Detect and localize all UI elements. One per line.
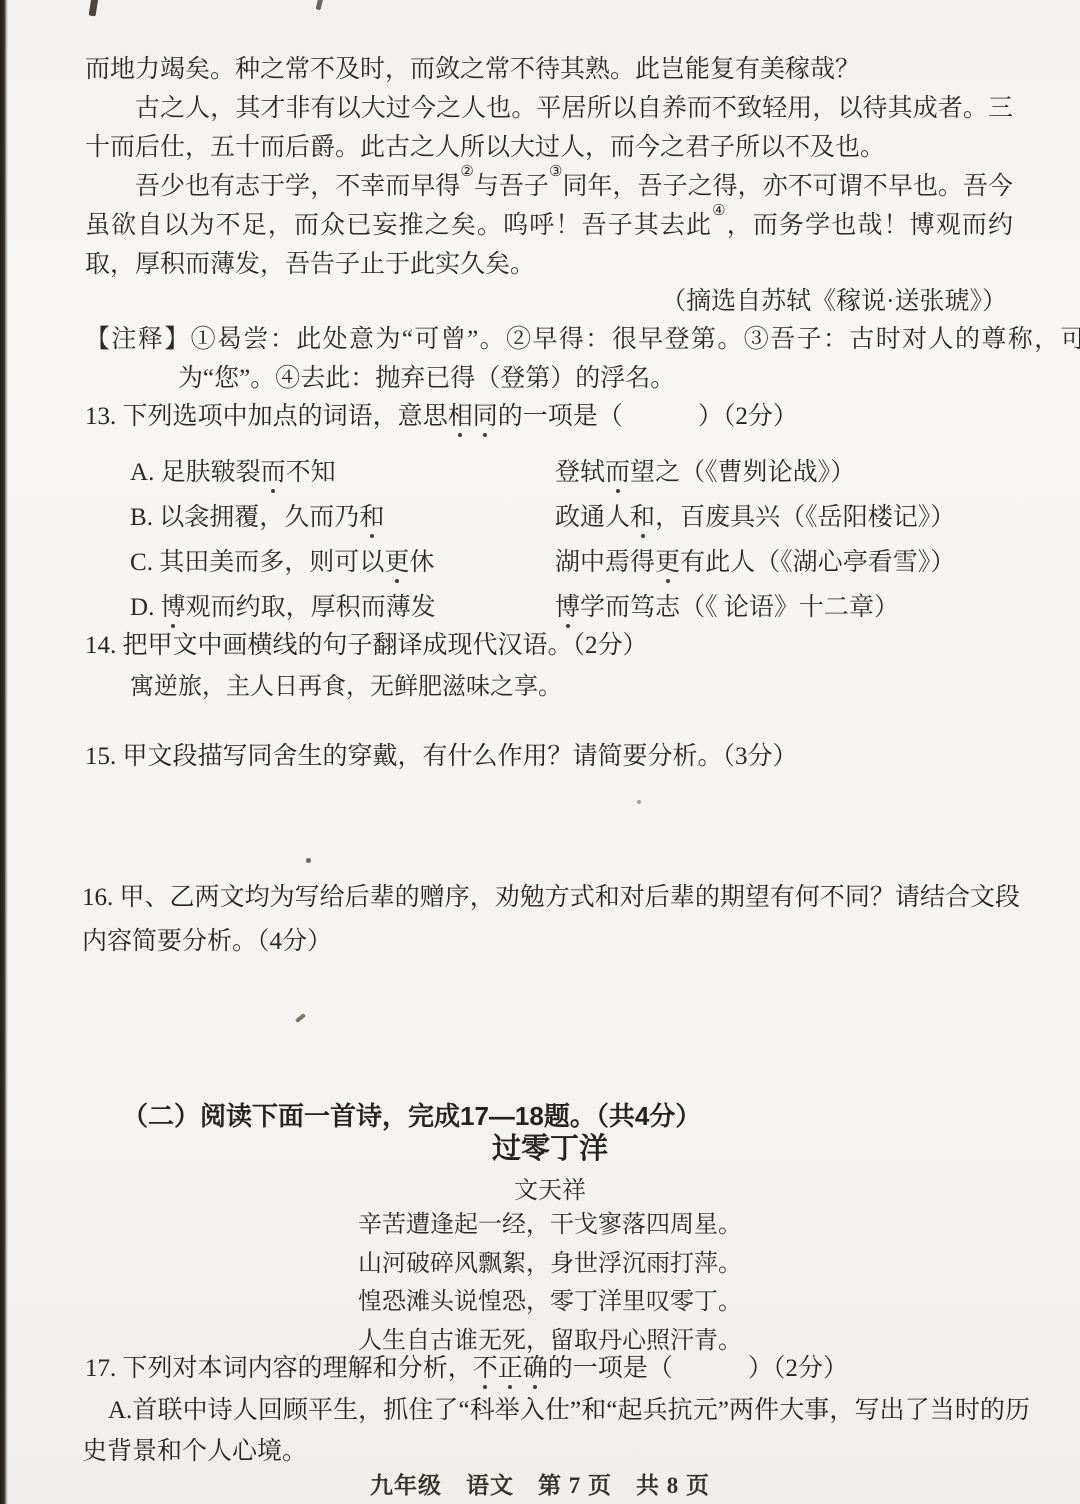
classical-passage: 而地力竭矣。种之常不及时，而敛之常不待其熟。此岂能复有美稼哉？ 古之人，其才非有… <box>85 50 1013 284</box>
poem-title: 过零丁洋 <box>85 1126 1015 1167</box>
poem-line: 惶恐滩头说惶恐，零丁洋里叹零丁。 <box>85 1283 1015 1322</box>
question-16-stem: 16. 甲、乙两文均为写给后辈的赠序，劝勉方式和对后辈的期望有何不同？请结合文段… <box>82 876 1020 964</box>
question-15-stem: 15. 甲文段描写同舍生的穿戴，有什么作用？请简要分析。（3分） <box>85 736 798 772</box>
passage-paragraph-1: 而地力竭矣。种之常不及时，而敛之常不待其熟。此岂能复有美稼哉？ <box>85 50 1013 89</box>
option-13a-right: 登轼而望之（《曹刿论战》） <box>555 452 1010 488</box>
note-ref-3: ③ <box>549 164 562 180</box>
question-14-stem: 14. 把甲文中画横线的句子翻译成现代汉语。（2分） <box>85 625 648 661</box>
option-row-b: B. 以衾拥覆，久而乃和 政通人和，百废具兴（《岳阳楼记》） <box>130 497 1010 542</box>
poem-author: 文天祥 <box>85 1170 1015 1205</box>
poem-line: 辛苦遭逢起一经，干戈寥落四周星。 <box>85 1206 1015 1245</box>
scan-mark-artifact <box>316 0 324 10</box>
note-ref-4: ④ <box>712 203 727 219</box>
option-13c-right: 湖中焉得更有此人（《湖心亭看雪》） <box>555 542 1010 578</box>
option-row-c: C. 其田美而多，则可以更休 湖中焉得更有此人（《湖心亭看雪》） <box>130 542 1010 587</box>
option-13c-left: C. 其田美而多，则可以更休 <box>130 542 555 578</box>
option-13d-right: 博学而笃志（《 论语》十二章） <box>555 587 1010 623</box>
question-13-stem: 13. 下列选项中加点的词语，意思相同的一项是（ ）（2分） <box>85 396 798 432</box>
translation-target-sentence: 寓逆旅，主人日再食，无鲜肥滋味之享。 <box>130 666 562 701</box>
exam-page-scan: 而地力竭矣。种之常不及时，而敛之常不待其熟。此岂能复有美稼哉？ 古之人，其才非有… <box>0 0 1080 1504</box>
scan-edge-artifact <box>0 0 8 1504</box>
question-13-options: A. 足肤皲裂而不知 登轼而望之（《曹刿论战》） B. 以衾拥覆，久而乃和 政通… <box>130 452 1010 632</box>
scan-speck-artifact <box>306 858 311 863</box>
option-13b-left: B. 以衾拥覆，久而乃和 <box>130 497 555 533</box>
note-ref-2: ② <box>460 164 473 180</box>
option-13d-left: D. 博观而约取，厚积而薄发 <box>130 587 555 623</box>
passage-paragraph-3: 吾少也有志于学，不幸而早得②与吾子③同年，吾子之得，亦不可谓不早也。吾今虽欲自以… <box>85 167 1013 284</box>
scan-mark-artifact <box>89 0 99 16</box>
option-13a-left: A. 足肤皲裂而不知 <box>130 452 555 488</box>
passage-text: 与吾子 <box>474 173 549 200</box>
poem-body: 辛苦遭逢起一经，干戈寥落四周星。 山河破碎风飘絮，身世浮沉雨打萍。 惶恐滩头说惶… <box>85 1206 1015 1360</box>
question-17-option-a: A.首联中诗人回顾平生，抓住了“科举入仕”和“起兵抗元”两件大事，写出了当时的历… <box>82 1390 1030 1472</box>
scan-speck-artifact <box>637 800 641 804</box>
annotations-block: 【注释】①曷尝：此处意为“可曾”。②早得：很早登第。③吾子：古时对人的尊称，可译… <box>85 320 1080 398</box>
poem-line: 山河破碎风飘絮，身世浮沉雨打萍。 <box>85 1245 1015 1284</box>
scan-speck-artifact <box>295 1013 306 1023</box>
passage-paragraph-2: 古之人，其才非有以大过今之人也。平居所以自养而不致轻用，以待其成者。三十而后仕，… <box>85 89 1013 167</box>
page-footer: 九年级 语文 第 7 页 共 8 页 <box>0 1467 1080 1500</box>
option-13b-right: 政通人和，百废具兴（《岳阳楼记》） <box>555 497 1010 533</box>
question-17-stem: 17. 下列对本词内容的理解和分析，不正确的一项是（ ）（2分） <box>85 1348 848 1384</box>
source-attribution: （摘选自苏轼《稼说·送张琥》） <box>85 281 1007 317</box>
option-row-a: A. 足肤皲裂而不知 登轼而望之（《曹刿论战》） <box>130 452 1010 497</box>
passage-text: 吾少也有志于学，不幸而早得 <box>135 173 460 200</box>
